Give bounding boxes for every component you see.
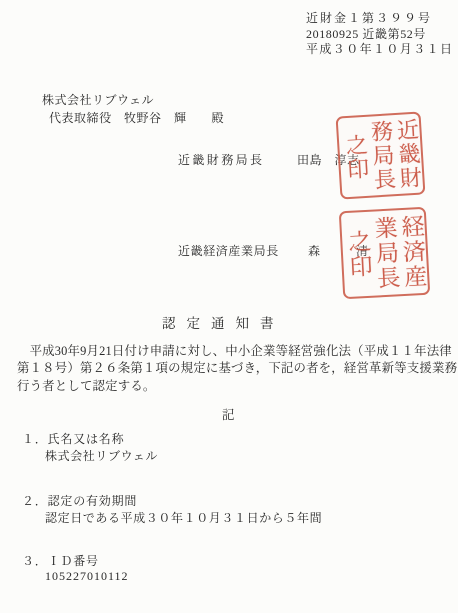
item-1-value: 株式会社リブウェル: [45, 447, 158, 464]
item-3-value: 105227010112: [45, 569, 129, 584]
seal-column: 経済産: [397, 210, 428, 293]
addressee-person-line: 代表取締役 牧野谷 輝 殿: [49, 109, 224, 126]
finance-bureau-red-seal-icon: 近畿財 務局長 之印: [336, 111, 426, 199]
reference-number-line-2: 20180925 近畿第52号: [306, 27, 453, 43]
signer-title-finance-bureau: 近畿財務局長: [178, 151, 264, 168]
item-3-label: ３．ＩＤ番号: [22, 552, 99, 569]
reference-number-line-1: 近財金１第３９９号: [306, 11, 453, 27]
addressee-company-name: 株式会社リブウェル: [42, 91, 154, 108]
document-reference-block: 近財金１第３９９号 20180925 近畿第52号 平成３０年１０月３１日: [306, 11, 453, 58]
item-1-number: １．: [22, 432, 48, 446]
item-1-label: １．氏名又は名称: [22, 430, 124, 447]
body-line-1: 平成30年9月21日付け申請に対し、中小企業等経営強化法（平成１１年法律: [17, 343, 447, 360]
document-title: 認定通知書: [162, 312, 285, 332]
economy-bureau-red-seal-icon: 経済産 業局長 之印: [339, 207, 430, 299]
item-2-value: 認定日である平成３０年１０月３１日から５年間: [45, 509, 322, 526]
body-line-3: 行う者として認定する。: [17, 378, 447, 395]
item-3-label-text: ＩＤ番号: [48, 554, 99, 568]
document-date: 平成３０年１０月３１日: [306, 42, 453, 58]
seal-column: 業局長: [370, 211, 401, 294]
seal-column: 之印: [343, 213, 374, 296]
signer-title-economy-bureau: 近畿経済産業局長: [178, 242, 279, 259]
item-1-label-text: 氏名又は名称: [48, 432, 125, 446]
seal-column: 近畿財: [393, 115, 424, 193]
body-paragraph: 平成30年9月21日付け申請に対し、中小企業等経営強化法（平成１１年法律 第１８…: [17, 343, 447, 395]
certification-notice-document: 近財金１第３９９号 20180925 近畿第52号 平成３０年１０月３１日 株式…: [0, 0, 458, 613]
seal-column: 務局長: [367, 116, 398, 194]
record-heading: 記: [222, 405, 235, 423]
body-line-2: 第１８号）第２６条第１項の規定に基づき，下記の者を，経営革新等支援業務を: [17, 360, 447, 377]
item-2-label: ２．認定の有効期間: [22, 492, 137, 509]
item-2-number: ２．: [22, 494, 48, 508]
item-2-label-text: 認定の有効期間: [48, 494, 138, 508]
item-3-number: ３．: [22, 554, 48, 568]
